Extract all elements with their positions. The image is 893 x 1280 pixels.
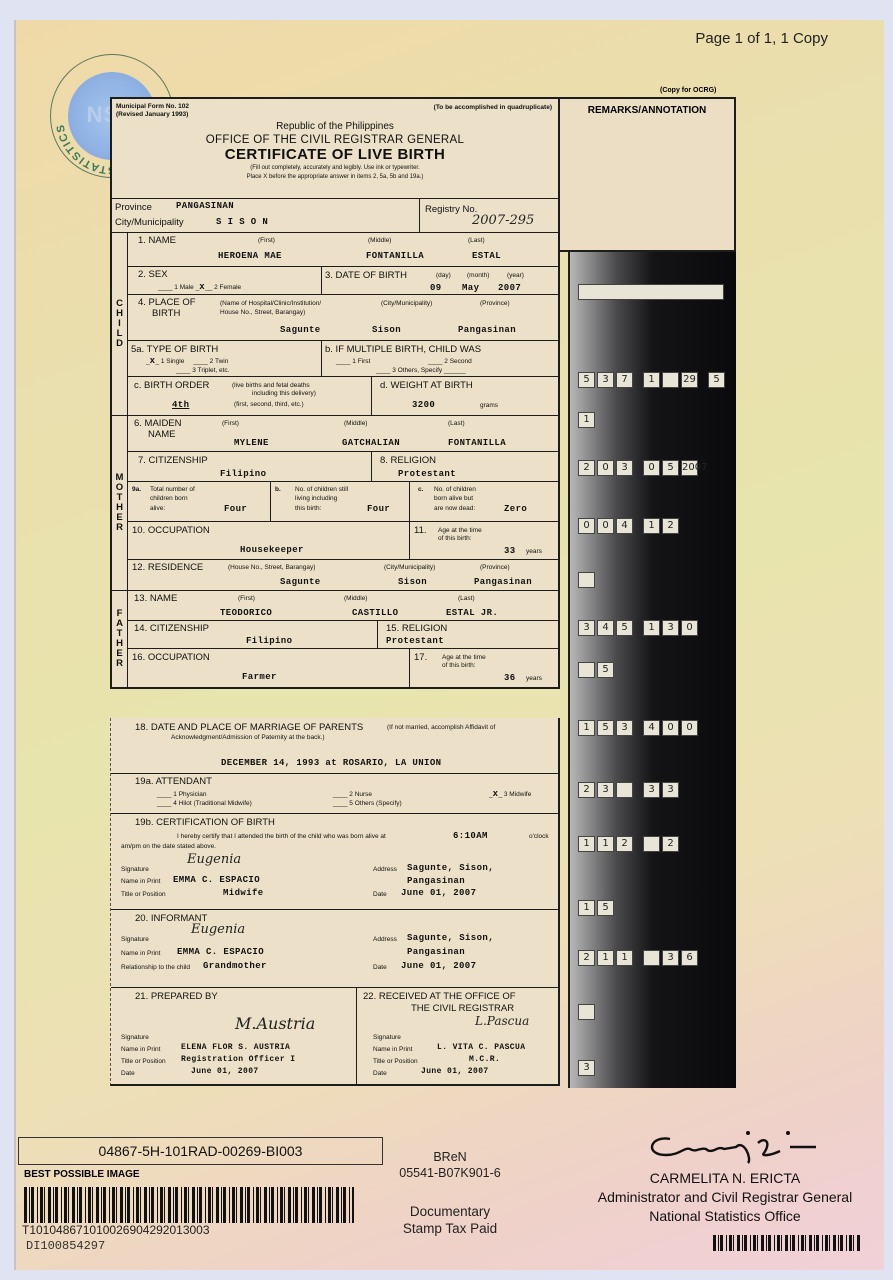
coding-box: 1 (643, 372, 660, 388)
receiver-date[interactable]: June 01, 2007 (421, 1067, 489, 1076)
dob-day[interactable]: 09 (430, 283, 442, 293)
coding-box: 2 (662, 518, 679, 534)
preparer-date[interactable]: June 01, 2007 (191, 1067, 259, 1076)
coding-box (616, 782, 633, 798)
registrar-signature-icon (640, 1125, 820, 1165)
coding-box-row: 1 (578, 412, 595, 428)
preparer-title[interactable]: Registration Officer I (181, 1055, 295, 1064)
coding-box-row: 5371295 (578, 372, 725, 388)
children-born-alive[interactable]: Four (224, 504, 247, 514)
coding-box-row (578, 1004, 595, 1020)
child-first-name[interactable]: HEROENA MAE (218, 251, 282, 261)
coding-box: 1 (643, 518, 660, 534)
father-last-name[interactable]: ESTAL JR. (446, 608, 498, 618)
coding-box-row: 5 (578, 662, 614, 678)
coding-box: 2 (578, 782, 595, 798)
coding-box: 0 (597, 460, 614, 476)
father-religion[interactable]: Protestant (386, 636, 444, 646)
receiver-name[interactable]: L. VITA C. PASCUA (437, 1043, 525, 1052)
coding-box: 3 (662, 620, 679, 636)
coding-box: 3 (662, 782, 679, 798)
coding-box: 3 (616, 720, 633, 736)
coding-box: 0 (681, 620, 698, 636)
coding-box (643, 836, 660, 852)
signatory-name: CARMELITA N. ERICTA (590, 1169, 860, 1188)
coding-box: 5 (708, 372, 725, 388)
coding-box: 0 (643, 460, 660, 476)
coding-box: 1 (616, 950, 633, 966)
father-section: FATHER 13. NAME (First) (Middle) (Last) … (112, 591, 558, 687)
barcode-icon (24, 1187, 354, 1223)
coding-wide-box (578, 284, 724, 300)
di-number: DI100854297 (26, 1239, 105, 1253)
coding-box-row: 1122 (578, 836, 679, 852)
residence-province[interactable]: Pangasinan (474, 577, 532, 587)
birth-weight[interactable]: 3200 (412, 400, 435, 410)
coding-box: 1 (578, 412, 595, 428)
coding-box: 5 (597, 662, 614, 678)
attendant-signature: Eugenia (187, 852, 241, 867)
type-mark[interactable]: x (150, 356, 156, 366)
attendant-mark[interactable]: x (493, 789, 499, 799)
mother-middle-name[interactable]: GATCHALIAN (342, 438, 400, 448)
coding-box (662, 372, 679, 388)
preparer-name[interactable]: ELENA FLOR S. AUSTRIA (181, 1043, 290, 1052)
attendant-address-1[interactable]: Sagunte, Sison, (407, 863, 494, 873)
attendant-name[interactable]: EMMA C. ESPACIO (173, 875, 260, 885)
province-field[interactable]: PANGASINAN (176, 201, 234, 211)
birth-certificate-lower: 18. DATE AND PLACE OF MARRIAGE OF PARENT… (110, 718, 560, 1086)
coding-box (578, 572, 595, 588)
pob-place[interactable]: Sagunte (280, 325, 321, 335)
coding-box-row (578, 572, 595, 588)
form-number: Municipal Form No. 102 (116, 103, 189, 111)
father-citizenship[interactable]: Filipino (246, 636, 292, 646)
page-indicator: Page 1 of 1, 1 Copy (695, 30, 828, 47)
best-image-label: BEST POSSIBLE IMAGE (24, 1169, 140, 1180)
mother-citizenship[interactable]: Filipino (220, 469, 266, 479)
receiver-title[interactable]: M.C.R. (469, 1055, 500, 1064)
republic-label: Republic of the Philippines (112, 121, 558, 132)
coding-box (643, 950, 660, 966)
coding-box: 2 (578, 950, 595, 966)
coding-box: 5 (597, 900, 614, 916)
coding-box-row: 2333 (578, 782, 679, 798)
coding-box (578, 1004, 595, 1020)
dob-month[interactable]: May (462, 283, 479, 293)
coding-box: 3 (662, 950, 679, 966)
instructions-line-2: Place X before the appropriate answer in… (112, 174, 558, 181)
marriage-value[interactable]: DECEMBER 14, 1993 at ROSARIO, LA UNION (221, 758, 441, 768)
registry-number[interactable]: 2007-295 (472, 213, 534, 228)
birth-certificate-form: Municipal Form No. 102 (Revised January … (110, 97, 560, 689)
residence-city[interactable]: Sison (398, 577, 427, 587)
footer: 04867-5H-101RAD-00269-BI003 BEST POSSIBL… (0, 1115, 893, 1280)
coding-box: 1 (578, 900, 595, 916)
coding-box: 4 (616, 518, 633, 534)
coding-box: 1 (643, 620, 660, 636)
copy-for-label: (Copy for OCRG) (660, 87, 716, 94)
attendant-date[interactable]: June 01, 2007 (401, 888, 476, 898)
coding-box: 0 (662, 720, 679, 736)
coding-box: 3 (578, 620, 595, 636)
coding-box-row: 203052007 (578, 460, 698, 476)
child-middle-name[interactable]: FONTANILLA (366, 251, 424, 261)
stamp-line-1: Documentary (390, 1203, 510, 1220)
child-side-label: CHILD (112, 233, 128, 415)
mother-age[interactable]: 33 (504, 546, 516, 556)
coding-box: 7 (616, 372, 633, 388)
coding-box: 2 (578, 460, 595, 476)
father-occupation[interactable]: Farmer (242, 672, 277, 682)
coding-box: 5 (578, 372, 595, 388)
coding-box: 0 (597, 518, 614, 534)
coding-box-row: 153400 (578, 720, 698, 736)
father-age[interactable]: 36 (504, 673, 516, 683)
coding-box: 3 (578, 1060, 595, 1076)
coding-box: 6 (681, 950, 698, 966)
coding-box: 4 (597, 620, 614, 636)
children-living[interactable]: Four (367, 504, 390, 514)
coding-box: 2 (662, 836, 679, 852)
quadruplicate-note: (To be accomplished in quadruplicate) (434, 104, 552, 111)
coding-box-row: 21136 (578, 950, 698, 966)
coding-strip: 5371295120305200700412345130515340023331… (568, 252, 736, 1088)
birth-time[interactable]: 6:10AM (453, 831, 488, 841)
informant-address-2[interactable]: Pangasinan (407, 947, 465, 957)
reference-number: 04867-5H-101RAD-00269-BI003 (18, 1137, 383, 1165)
signatory-title: Administrator and Civil Registrar Genera… (590, 1188, 860, 1207)
bren-number: 05541-B07K901-6 (390, 1165, 510, 1181)
coding-box: 3 (597, 782, 614, 798)
mother-section: MOTHER 6. MAIDEN NAME (First) (Middle) (… (112, 416, 558, 591)
form-revised: (Revised January 1993) (116, 111, 189, 119)
father-middle-name[interactable]: CASTILLO (352, 608, 398, 618)
coding-box: 3 (616, 460, 633, 476)
coding-box: 0 (681, 720, 698, 736)
mother-religion[interactable]: Protestant (398, 469, 456, 479)
residence-place[interactable]: Sagunte (280, 577, 321, 587)
attendant-title[interactable]: Midwife (223, 888, 264, 898)
remarks-annotation-box: REMARKS/ANNOTATION (560, 97, 736, 252)
preparer-signature: M.Austria (235, 1014, 315, 1033)
coding-box-row: 345130 (578, 620, 698, 636)
bren-label: BReN (390, 1149, 510, 1165)
informant-date[interactable]: June 01, 2007 (401, 961, 476, 971)
stamp-line-2: Stamp Tax Paid (390, 1220, 510, 1237)
informant-name[interactable]: EMMA C. ESPACIO (177, 947, 264, 957)
coding-box-row: 00412 (578, 518, 679, 534)
coding-box: 4 (643, 720, 660, 736)
coding-box: 5 (662, 460, 679, 476)
father-first-name[interactable]: TEODORICO (220, 608, 272, 618)
coding-box (578, 662, 595, 678)
small-barcode-icon (713, 1235, 861, 1251)
father-side-label: FATHER (112, 591, 128, 687)
birth-order[interactable]: 4th (172, 400, 189, 410)
coding-box: 1 (597, 950, 614, 966)
form-header: Municipal Form No. 102 (Revised January … (112, 99, 558, 199)
coding-box: 3 (643, 782, 660, 798)
coding-box: 29 (681, 372, 698, 388)
coding-box-row: 15 (578, 900, 614, 916)
mother-last-name[interactable]: FONTANILLA (448, 438, 506, 448)
coding-box: 0 (578, 518, 595, 534)
signatory-office: National Statistics Office (590, 1207, 860, 1226)
children-dead[interactable]: Zero (504, 504, 527, 514)
mother-side-label: MOTHER (112, 416, 128, 590)
dob-year[interactable]: 2007 (498, 283, 521, 293)
mother-first-name[interactable]: MYLENE (234, 438, 269, 448)
mother-occupation[interactable]: Housekeeper (240, 545, 304, 555)
attendant-address-2[interactable]: Pangasinan (407, 876, 465, 886)
informant-signature: Eugenia (191, 922, 245, 937)
remarks-title: REMARKS/ANNOTATION (560, 105, 734, 116)
coding-box: 5 (597, 720, 614, 736)
informant-relationship[interactable]: Grandmother (203, 961, 267, 971)
coding-box: 1 (597, 836, 614, 852)
coding-box: 2 (616, 836, 633, 852)
location-row: Province PANGASINAN City/Municipality S … (112, 199, 558, 233)
coding-box-row: 3 (578, 1060, 595, 1076)
pob-province[interactable]: Pangasinan (458, 325, 516, 335)
child-section: CHILD 1. NAME (First) (Middle) (Last) HE… (112, 233, 558, 416)
coding-box: 2007 (681, 460, 698, 476)
coding-box: 1 (578, 836, 595, 852)
instructions-line-1: (Fill out completely, accurately and leg… (112, 165, 558, 172)
page-title: CERTIFICATE OF LIVE BIRTH (112, 146, 558, 163)
informant-address-1[interactable]: Sagunte, Sison, (407, 933, 494, 943)
pob-city[interactable]: Sison (372, 325, 401, 335)
coding-box: 5 (616, 620, 633, 636)
sex-mark[interactable]: x (199, 282, 205, 292)
coding-box: 1 (578, 720, 595, 736)
receiver-signature: L.Pascua (475, 1014, 529, 1028)
coding-box: 3 (597, 372, 614, 388)
barcode-number: T101048671010026904292013003 (22, 1223, 210, 1237)
office-label: OFFICE OF THE CIVIL REGISTRAR GENERAL (112, 134, 558, 146)
city-field[interactable]: S I S O N (216, 217, 268, 227)
child-last-name[interactable]: ESTAL (472, 251, 501, 261)
marriage-label: 18. DATE AND PLACE OF MARRIAGE OF PARENT… (135, 722, 363, 733)
